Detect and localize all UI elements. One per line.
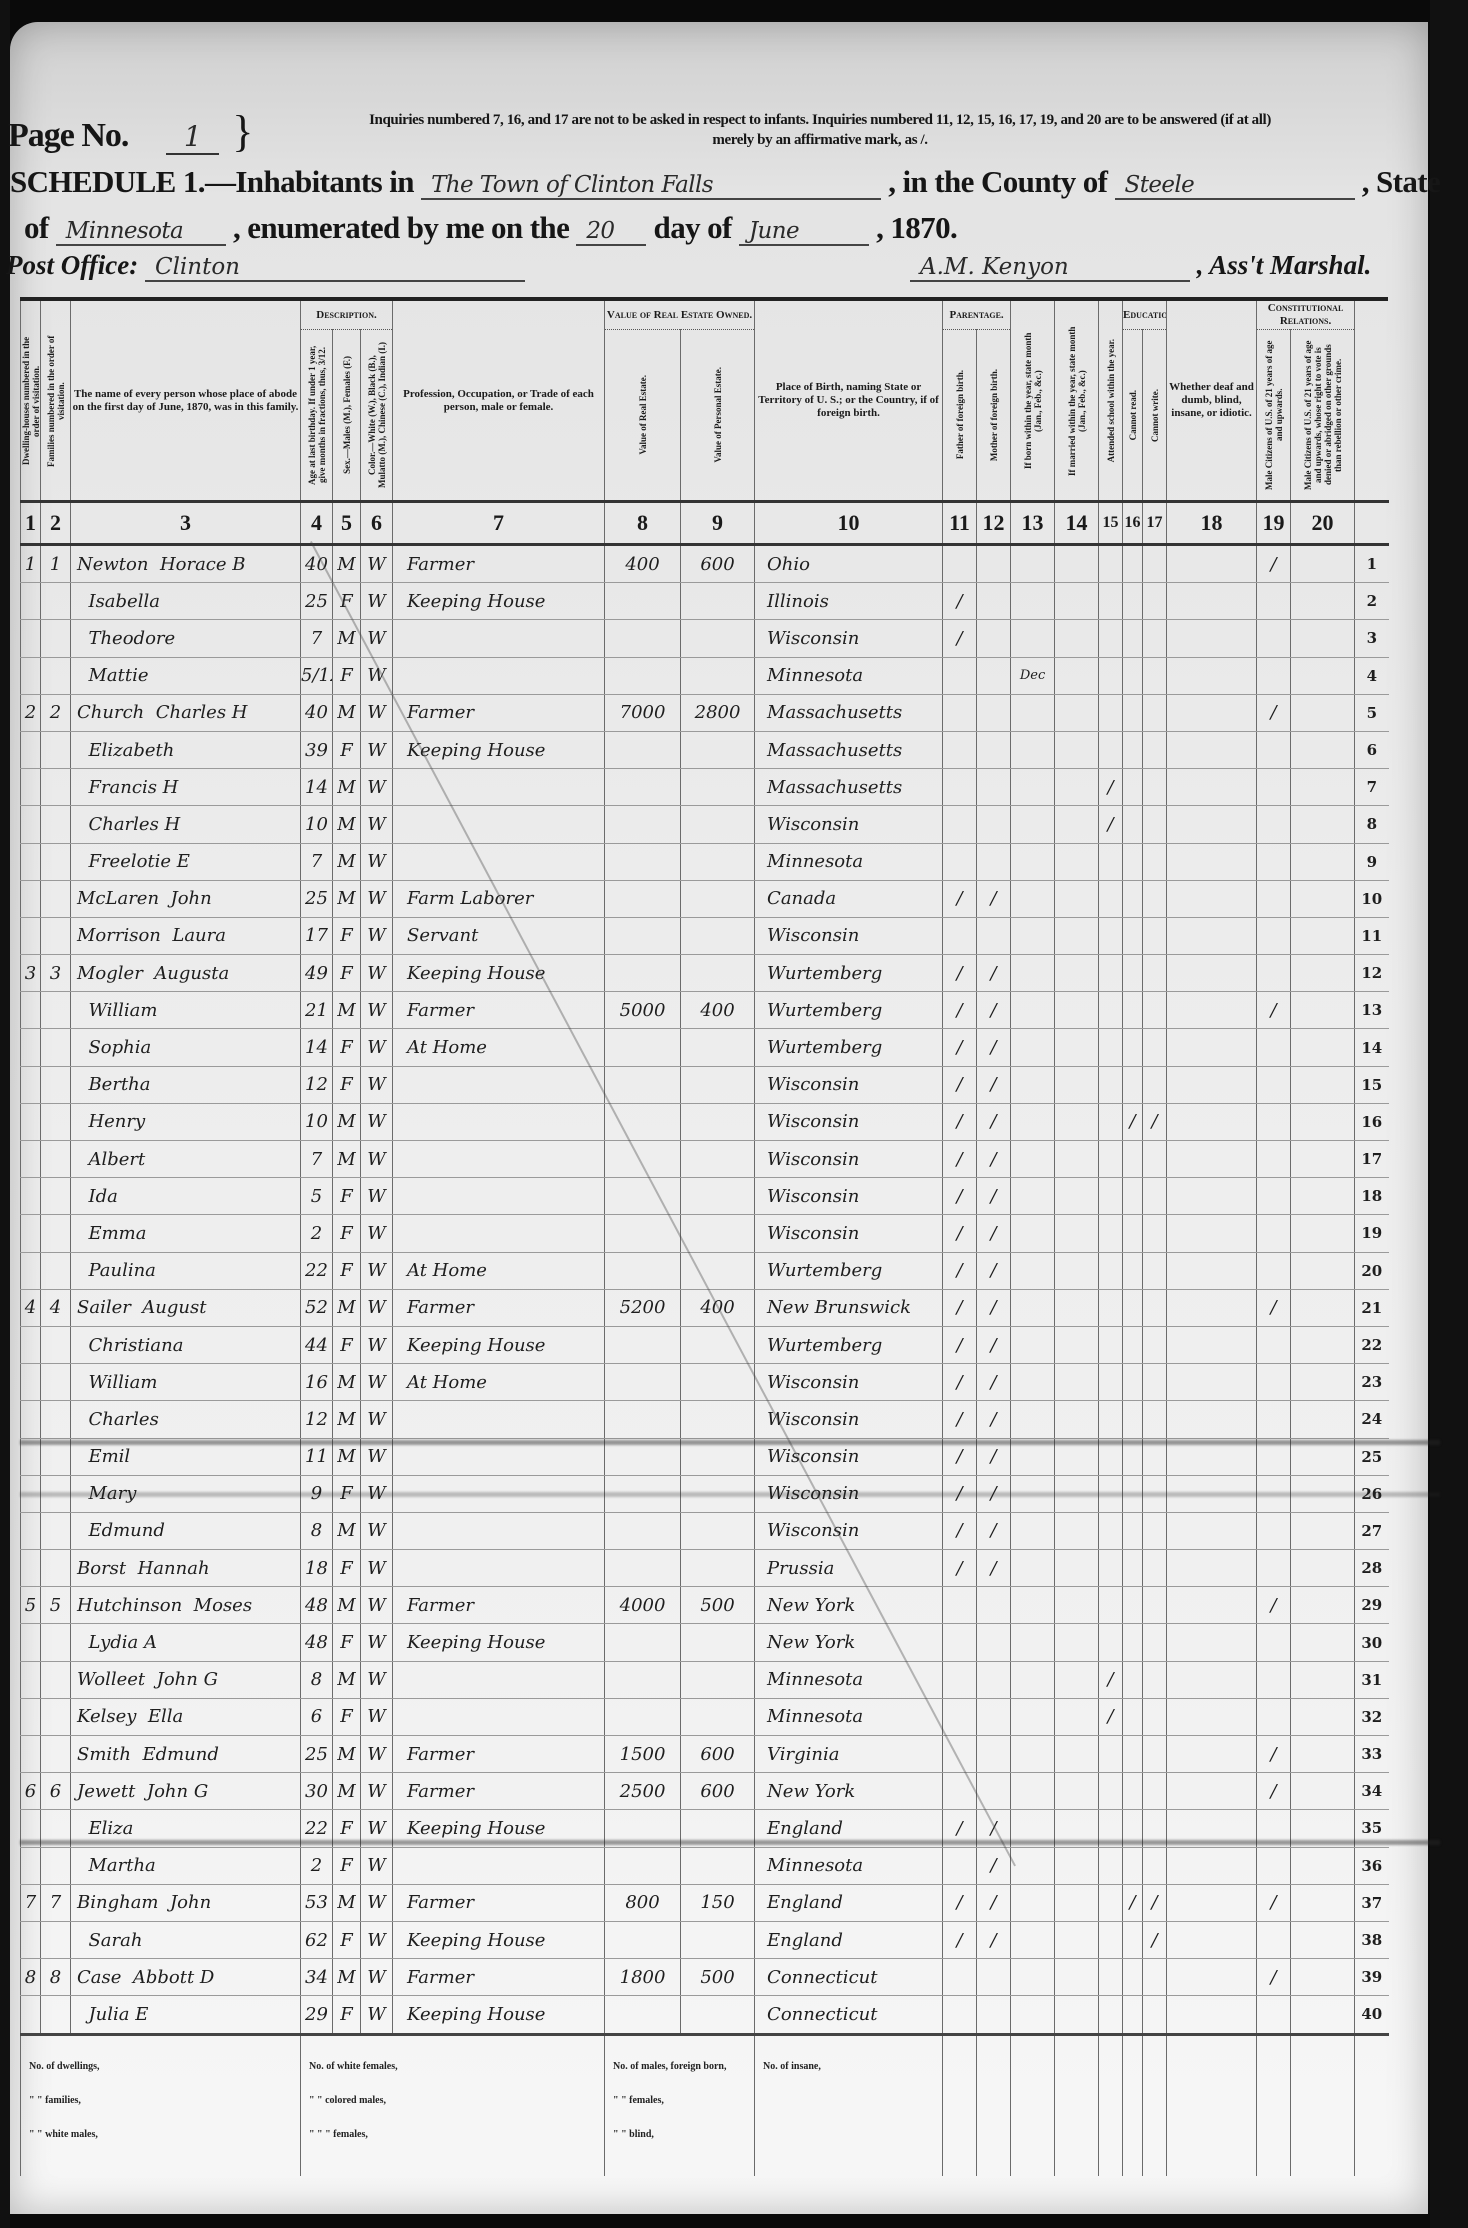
dwelling-number: 5 bbox=[21, 1587, 41, 1624]
school-mark bbox=[1099, 880, 1123, 917]
occupation bbox=[393, 1401, 605, 1438]
personal-estate-value: 600 bbox=[681, 1736, 755, 1773]
disability bbox=[1167, 880, 1257, 917]
table-row: Isabella 25 F W Keeping House Illinois /… bbox=[21, 583, 1389, 620]
person-name: Bertha bbox=[71, 1066, 301, 1103]
family-number: 5 bbox=[41, 1587, 71, 1624]
dwelling-number: 2 bbox=[21, 694, 41, 731]
surname: Jewett bbox=[77, 1781, 135, 1802]
color: W bbox=[361, 1326, 393, 1363]
dwelling-number bbox=[21, 1921, 41, 1958]
vote-denied-mark bbox=[1291, 1624, 1355, 1661]
color: W bbox=[361, 992, 393, 1029]
given-name: Ella bbox=[148, 1706, 183, 1727]
occupation: Farmer bbox=[393, 545, 605, 583]
married-month bbox=[1055, 1624, 1099, 1661]
father-foreign-mark: / bbox=[943, 1029, 977, 1066]
line-number: 7 bbox=[1355, 769, 1389, 806]
schedule-title-line: SCHEDULE 1.—Inhabitants in The Town of C… bbox=[10, 164, 1440, 200]
born-month bbox=[1011, 1289, 1055, 1326]
personal-estate-value: 150 bbox=[681, 1884, 755, 1921]
born-month bbox=[1011, 1178, 1055, 1215]
col-9-header: Value of Personal Estate. bbox=[681, 330, 755, 502]
line-number: 24 bbox=[1355, 1401, 1389, 1438]
cannot-write-mark bbox=[1143, 1326, 1167, 1363]
dwelling-number bbox=[21, 880, 41, 917]
school-mark bbox=[1099, 1847, 1123, 1884]
dwelling-number bbox=[21, 1736, 41, 1773]
school-mark: / bbox=[1099, 806, 1123, 843]
family-number: 8 bbox=[41, 1959, 71, 1996]
citizen-mark bbox=[1257, 1029, 1291, 1066]
disability bbox=[1167, 769, 1257, 806]
enumerated-label: , enumerated by me on the bbox=[233, 210, 569, 245]
col-19-header: Male Citizens of U.S. of 21 years of age… bbox=[1257, 330, 1291, 502]
school-mark bbox=[1099, 1959, 1123, 1996]
school-mark bbox=[1099, 1178, 1123, 1215]
citizen-mark bbox=[1257, 917, 1291, 954]
color: W bbox=[361, 843, 393, 880]
marshal-name-field: A.M. Kenyon bbox=[910, 254, 1190, 282]
birthplace: Wurtemberg bbox=[755, 1326, 943, 1363]
color: W bbox=[361, 694, 393, 731]
table-row: Smith Edmund 25 M W Farmer 1500 600 Virg… bbox=[21, 1736, 1389, 1773]
disability bbox=[1167, 620, 1257, 657]
county-field: Steele bbox=[1115, 172, 1355, 200]
born-month bbox=[1011, 1103, 1055, 1140]
vote-denied-mark bbox=[1291, 731, 1355, 768]
table-row: Francis H 14 M W Massachusetts / 7 bbox=[21, 769, 1389, 806]
school-mark bbox=[1099, 1401, 1123, 1438]
personal-estate-value bbox=[681, 1847, 755, 1884]
table-row: Wolleet John G 8 M W Minnesota / 31 bbox=[21, 1661, 1389, 1698]
cannot-write-mark bbox=[1143, 1959, 1167, 1996]
color: W bbox=[361, 917, 393, 954]
enumeration-line: of Minnesota , enumerated by me on the 2… bbox=[24, 210, 957, 246]
sex: F bbox=[333, 1996, 361, 2034]
occupation bbox=[393, 1215, 605, 1252]
col-number: 18 bbox=[1167, 502, 1257, 545]
cannot-write-mark bbox=[1143, 1289, 1167, 1326]
citizen-mark bbox=[1257, 657, 1291, 694]
given-name: John bbox=[171, 888, 212, 909]
town-field: The Town of Clinton Falls bbox=[421, 172, 881, 200]
table-row: McLaren John 25 M W Farm Laborer Canada … bbox=[21, 880, 1389, 917]
father-foreign-mark: / bbox=[943, 1103, 977, 1140]
sex: M bbox=[333, 806, 361, 843]
vote-denied-mark bbox=[1291, 843, 1355, 880]
dwelling-number: 3 bbox=[21, 955, 41, 992]
citizen-mark: / bbox=[1257, 992, 1291, 1029]
occupation: Farmer bbox=[393, 694, 605, 731]
age: 5 bbox=[301, 1178, 333, 1215]
vote-denied-mark bbox=[1291, 1773, 1355, 1810]
family-number: 4 bbox=[41, 1289, 71, 1326]
birthplace: Wisconsin bbox=[755, 1215, 943, 1252]
mother-foreign-mark bbox=[977, 1587, 1011, 1624]
given-name: Charles H bbox=[88, 814, 180, 835]
father-foreign-mark: / bbox=[943, 1512, 977, 1549]
surname: Wolleet bbox=[77, 1669, 145, 1690]
school-mark bbox=[1099, 1141, 1123, 1178]
cannot-read-mark bbox=[1123, 1326, 1143, 1363]
real-estate-value bbox=[605, 1141, 681, 1178]
mother-foreign-mark: / bbox=[977, 1921, 1011, 1958]
vote-denied-mark bbox=[1291, 955, 1355, 992]
personal-estate-value: 600 bbox=[681, 545, 755, 583]
father-foreign-mark: / bbox=[943, 1921, 977, 1958]
disability bbox=[1167, 955, 1257, 992]
occupation bbox=[393, 1066, 605, 1103]
age: 8 bbox=[301, 1661, 333, 1698]
color: W bbox=[361, 1364, 393, 1401]
person-name: Kelsey Ella bbox=[71, 1698, 301, 1735]
personal-estate-value bbox=[681, 806, 755, 843]
given-name: Sarah bbox=[88, 1930, 142, 1951]
surname: Smith bbox=[77, 1744, 131, 1765]
married-month bbox=[1055, 1847, 1099, 1884]
person-name: Theodore bbox=[71, 620, 301, 657]
parentage-group-header: Parentage. bbox=[943, 301, 1011, 330]
table-row: Elizabeth 39 F W Keeping House Massachus… bbox=[21, 731, 1389, 768]
occupation: Farmer bbox=[393, 1884, 605, 1921]
real-estate-value bbox=[605, 1215, 681, 1252]
tally-dwellings: No. of dwellings, bbox=[29, 2050, 292, 2084]
given-name: Emma bbox=[88, 1223, 146, 1244]
born-month bbox=[1011, 1698, 1055, 1735]
color: W bbox=[361, 769, 393, 806]
dwelling-number bbox=[21, 583, 41, 620]
cannot-read-mark bbox=[1123, 955, 1143, 992]
born-month bbox=[1011, 1624, 1055, 1661]
cannot-write-mark bbox=[1143, 1252, 1167, 1289]
born-month bbox=[1011, 1773, 1055, 1810]
census-sheet: Page No. 1 } Inquiries numbered 7, 16, a… bbox=[10, 22, 1428, 2214]
sex: M bbox=[333, 1884, 361, 1921]
dwelling-number bbox=[21, 1029, 41, 1066]
school-mark: / bbox=[1099, 1698, 1123, 1735]
given-name: Edmund bbox=[142, 1744, 218, 1765]
page-label: Page No. bbox=[8, 117, 128, 154]
mother-foreign-mark bbox=[977, 769, 1011, 806]
mother-foreign-mark: / bbox=[977, 1364, 1011, 1401]
married-month bbox=[1055, 917, 1099, 954]
mother-foreign-mark: / bbox=[977, 1103, 1011, 1140]
dwelling-number bbox=[21, 843, 41, 880]
disability bbox=[1167, 1215, 1257, 1252]
cannot-write-mark bbox=[1143, 1512, 1167, 1549]
father-foreign-mark: / bbox=[943, 1550, 977, 1587]
color: W bbox=[361, 1550, 393, 1587]
marshal-line: A.M. Kenyon , Ass't Marshal. bbox=[910, 250, 1371, 282]
line-number: 13 bbox=[1355, 992, 1389, 1029]
citizen-mark: / bbox=[1257, 1773, 1291, 1810]
citizen-mark bbox=[1257, 1178, 1291, 1215]
county-label: , in the County of bbox=[888, 164, 1107, 199]
family-number bbox=[41, 620, 71, 657]
sex: M bbox=[333, 843, 361, 880]
line-number: 2 bbox=[1355, 583, 1389, 620]
color: W bbox=[361, 1289, 393, 1326]
real-estate-value bbox=[605, 1364, 681, 1401]
school-mark bbox=[1099, 992, 1123, 1029]
family-number bbox=[41, 1624, 71, 1661]
father-foreign-mark: / bbox=[943, 620, 977, 657]
sex: M bbox=[333, 1401, 361, 1438]
born-month bbox=[1011, 806, 1055, 843]
real-estate-value bbox=[605, 1326, 681, 1363]
person-name: William bbox=[71, 1364, 301, 1401]
col-7-header: Profession, Occupation, or Trade of each… bbox=[393, 301, 605, 502]
table-row: Charles H 10 M W Wisconsin / 8 bbox=[21, 806, 1389, 843]
sex: F bbox=[333, 1624, 361, 1661]
cannot-read-mark bbox=[1123, 1550, 1143, 1587]
real-estate-value bbox=[605, 1698, 681, 1735]
line-number: 32 bbox=[1355, 1698, 1389, 1735]
vote-denied-mark bbox=[1291, 545, 1355, 583]
occupation bbox=[393, 806, 605, 843]
surname: Kelsey bbox=[77, 1706, 136, 1727]
education-group-header: Education. bbox=[1123, 301, 1167, 330]
citizen-mark bbox=[1257, 1847, 1291, 1884]
line-number: 31 bbox=[1355, 1661, 1389, 1698]
color: W bbox=[361, 1066, 393, 1103]
given-name: Moses bbox=[194, 1595, 252, 1616]
person-name: McLaren John bbox=[71, 880, 301, 917]
age: 30 bbox=[301, 1773, 333, 1810]
occupation bbox=[393, 1103, 605, 1140]
married-month bbox=[1055, 1029, 1099, 1066]
father-foreign-mark bbox=[943, 917, 977, 954]
sex: F bbox=[333, 731, 361, 768]
mother-foreign-mark bbox=[977, 657, 1011, 694]
occupation bbox=[393, 1847, 605, 1884]
page-number-value: 1 bbox=[166, 120, 219, 155]
disability bbox=[1167, 843, 1257, 880]
birthplace: Wurtemberg bbox=[755, 1252, 943, 1289]
day-field: 20 bbox=[576, 218, 646, 246]
cannot-read-mark bbox=[1123, 657, 1143, 694]
person-name: Bingham John bbox=[71, 1884, 301, 1921]
family-number bbox=[41, 657, 71, 694]
married-month bbox=[1055, 1215, 1099, 1252]
cannot-write-mark bbox=[1143, 694, 1167, 731]
table-row: Martha 2 F W Minnesota / 36 bbox=[21, 1847, 1389, 1884]
personal-estate-value bbox=[681, 1401, 755, 1438]
birthplace: Wisconsin bbox=[755, 1066, 943, 1103]
person-name: Sailer August bbox=[71, 1289, 301, 1326]
dwelling-number bbox=[21, 1215, 41, 1252]
birthplace: Massachusetts bbox=[755, 694, 943, 731]
table-row: Henry 10 M W Wisconsin / / / / 16 bbox=[21, 1103, 1389, 1140]
person-name: Church Charles H bbox=[71, 694, 301, 731]
mother-foreign-mark bbox=[977, 1736, 1011, 1773]
real-estate-value bbox=[605, 880, 681, 917]
school-mark bbox=[1099, 694, 1123, 731]
age: 25 bbox=[301, 880, 333, 917]
married-month bbox=[1055, 1326, 1099, 1363]
disability bbox=[1167, 1996, 1257, 2034]
citizen-mark: / bbox=[1257, 1736, 1291, 1773]
real-estate-value: 7000 bbox=[605, 694, 681, 731]
tally-white-males: " " white males, bbox=[29, 2118, 292, 2152]
married-month bbox=[1055, 1401, 1099, 1438]
tally-white-females: No. of white females, bbox=[309, 2050, 596, 2084]
cannot-read-mark bbox=[1123, 1066, 1143, 1103]
family-number bbox=[41, 1252, 71, 1289]
cannot-read-mark bbox=[1123, 1698, 1143, 1735]
col-18-header: Whether deaf and dumb, blind, insane, or… bbox=[1167, 301, 1257, 502]
married-month bbox=[1055, 955, 1099, 992]
mother-foreign-mark bbox=[977, 694, 1011, 731]
married-month bbox=[1055, 1289, 1099, 1326]
mother-foreign-mark bbox=[977, 843, 1011, 880]
vote-denied-mark bbox=[1291, 1661, 1355, 1698]
color: W bbox=[361, 1178, 393, 1215]
married-month bbox=[1055, 1736, 1099, 1773]
col-3-header: The name of every person whose place of … bbox=[71, 301, 301, 502]
family-number bbox=[41, 1103, 71, 1140]
cannot-write-mark bbox=[1143, 1736, 1167, 1773]
family-number bbox=[41, 1401, 71, 1438]
born-month bbox=[1011, 620, 1055, 657]
occupation: Keeping House bbox=[393, 1624, 605, 1661]
father-foreign-mark bbox=[943, 806, 977, 843]
col-number: 6 bbox=[361, 502, 393, 545]
given-name: Abbott D bbox=[133, 1967, 215, 1988]
born-month bbox=[1011, 1326, 1055, 1363]
col-number: 19 bbox=[1257, 502, 1291, 545]
vote-denied-mark bbox=[1291, 583, 1355, 620]
school-mark bbox=[1099, 955, 1123, 992]
disability bbox=[1167, 583, 1257, 620]
vote-denied-mark bbox=[1291, 1847, 1355, 1884]
table-row: 4 4 Sailer August 52 M W Farmer 5200 400… bbox=[21, 1289, 1389, 1326]
born-month bbox=[1011, 694, 1055, 731]
vote-denied-mark bbox=[1291, 1066, 1355, 1103]
person-name: Smith Edmund bbox=[71, 1736, 301, 1773]
married-month bbox=[1055, 731, 1099, 768]
table-row: 7 7 Bingham John 53 M W Farmer 800 150 E… bbox=[21, 1884, 1389, 1921]
col-number: 10 bbox=[755, 502, 943, 545]
col-2-header: Families numbered in the order of visita… bbox=[41, 301, 71, 502]
cannot-write-mark bbox=[1143, 843, 1167, 880]
cannot-write-mark: / bbox=[1143, 1103, 1167, 1140]
line-number: 17 bbox=[1355, 1141, 1389, 1178]
real-estate-value bbox=[605, 1103, 681, 1140]
real-estate-value: 5200 bbox=[605, 1289, 681, 1326]
surname: Bingham bbox=[77, 1892, 159, 1913]
school-mark bbox=[1099, 1773, 1123, 1810]
disability bbox=[1167, 1921, 1257, 1958]
mother-foreign-mark: / bbox=[977, 1512, 1011, 1549]
birthplace: New York bbox=[755, 1773, 943, 1810]
citizen-mark: / bbox=[1257, 545, 1291, 583]
family-number bbox=[41, 992, 71, 1029]
line-number: 10 bbox=[1355, 880, 1389, 917]
col-8-header: Value of Real Estate. bbox=[605, 330, 681, 502]
cannot-write-mark bbox=[1143, 1587, 1167, 1624]
vote-denied-mark bbox=[1291, 1215, 1355, 1252]
disability bbox=[1167, 1773, 1257, 1810]
age: 48 bbox=[301, 1624, 333, 1661]
person-name: Newton Horace B bbox=[71, 545, 301, 583]
line-number: 11 bbox=[1355, 917, 1389, 954]
sex: F bbox=[333, 1921, 361, 1958]
line-number: 19 bbox=[1355, 1215, 1389, 1252]
col-17-header: Cannot write. bbox=[1143, 330, 1167, 502]
birthplace: Connecticut bbox=[755, 1959, 943, 1996]
married-month bbox=[1055, 1884, 1099, 1921]
born-month bbox=[1011, 1884, 1055, 1921]
real-estate-value bbox=[605, 806, 681, 843]
dwelling-number bbox=[21, 769, 41, 806]
col-15-header: Attended school within the year. bbox=[1099, 301, 1123, 502]
age: 34 bbox=[301, 1959, 333, 1996]
citizen-mark bbox=[1257, 583, 1291, 620]
cannot-write-mark bbox=[1143, 1624, 1167, 1661]
personal-estate-value bbox=[681, 1921, 755, 1958]
color: W bbox=[361, 1959, 393, 1996]
line-number: 40 bbox=[1355, 1996, 1389, 2034]
given-name: Laura bbox=[172, 925, 226, 946]
father-foreign-mark: / bbox=[943, 1141, 977, 1178]
col-number: 14 bbox=[1055, 502, 1099, 545]
married-month bbox=[1055, 1959, 1099, 1996]
surname: Borst bbox=[77, 1558, 126, 1579]
citizen-mark bbox=[1257, 1996, 1291, 2034]
father-foreign-mark: / bbox=[943, 1066, 977, 1103]
personal-estate-value bbox=[681, 657, 755, 694]
sex: M bbox=[333, 1289, 361, 1326]
sex: F bbox=[333, 955, 361, 992]
father-foreign-mark bbox=[943, 1698, 977, 1735]
school-mark bbox=[1099, 1029, 1123, 1066]
mother-foreign-mark bbox=[977, 1698, 1011, 1735]
sex: F bbox=[333, 1029, 361, 1066]
father-foreign-mark bbox=[943, 1996, 977, 2034]
line-number: 9 bbox=[1355, 843, 1389, 880]
married-month bbox=[1055, 1698, 1099, 1735]
school-mark bbox=[1099, 1364, 1123, 1401]
married-month bbox=[1055, 1996, 1099, 2034]
birthplace: England bbox=[755, 1884, 943, 1921]
personal-estate-value bbox=[681, 1066, 755, 1103]
occupation bbox=[393, 1512, 605, 1549]
line-number: 5 bbox=[1355, 694, 1389, 731]
age: 16 bbox=[301, 1364, 333, 1401]
disability bbox=[1167, 694, 1257, 731]
family-number: 6 bbox=[41, 1773, 71, 1810]
line-number: 37 bbox=[1355, 1884, 1389, 1921]
state-label: , State bbox=[1362, 164, 1440, 199]
sex: F bbox=[333, 1066, 361, 1103]
scan-streak bbox=[20, 1492, 1440, 1497]
birthplace: Wisconsin bbox=[755, 1364, 943, 1401]
born-month bbox=[1011, 1215, 1055, 1252]
person-name: Charles H bbox=[71, 806, 301, 843]
given-name: John G bbox=[147, 1781, 208, 1802]
occupation: Keeping House bbox=[393, 583, 605, 620]
family-number bbox=[41, 1364, 71, 1401]
table-row: Mattie 5/12 F W Minnesota Dec 4 bbox=[21, 657, 1389, 694]
age: 10 bbox=[301, 806, 333, 843]
sex: M bbox=[333, 545, 361, 583]
mother-foreign-mark: / bbox=[977, 992, 1011, 1029]
age: 52 bbox=[301, 1289, 333, 1326]
cannot-write-mark bbox=[1143, 917, 1167, 954]
person-name: Henry bbox=[71, 1103, 301, 1140]
